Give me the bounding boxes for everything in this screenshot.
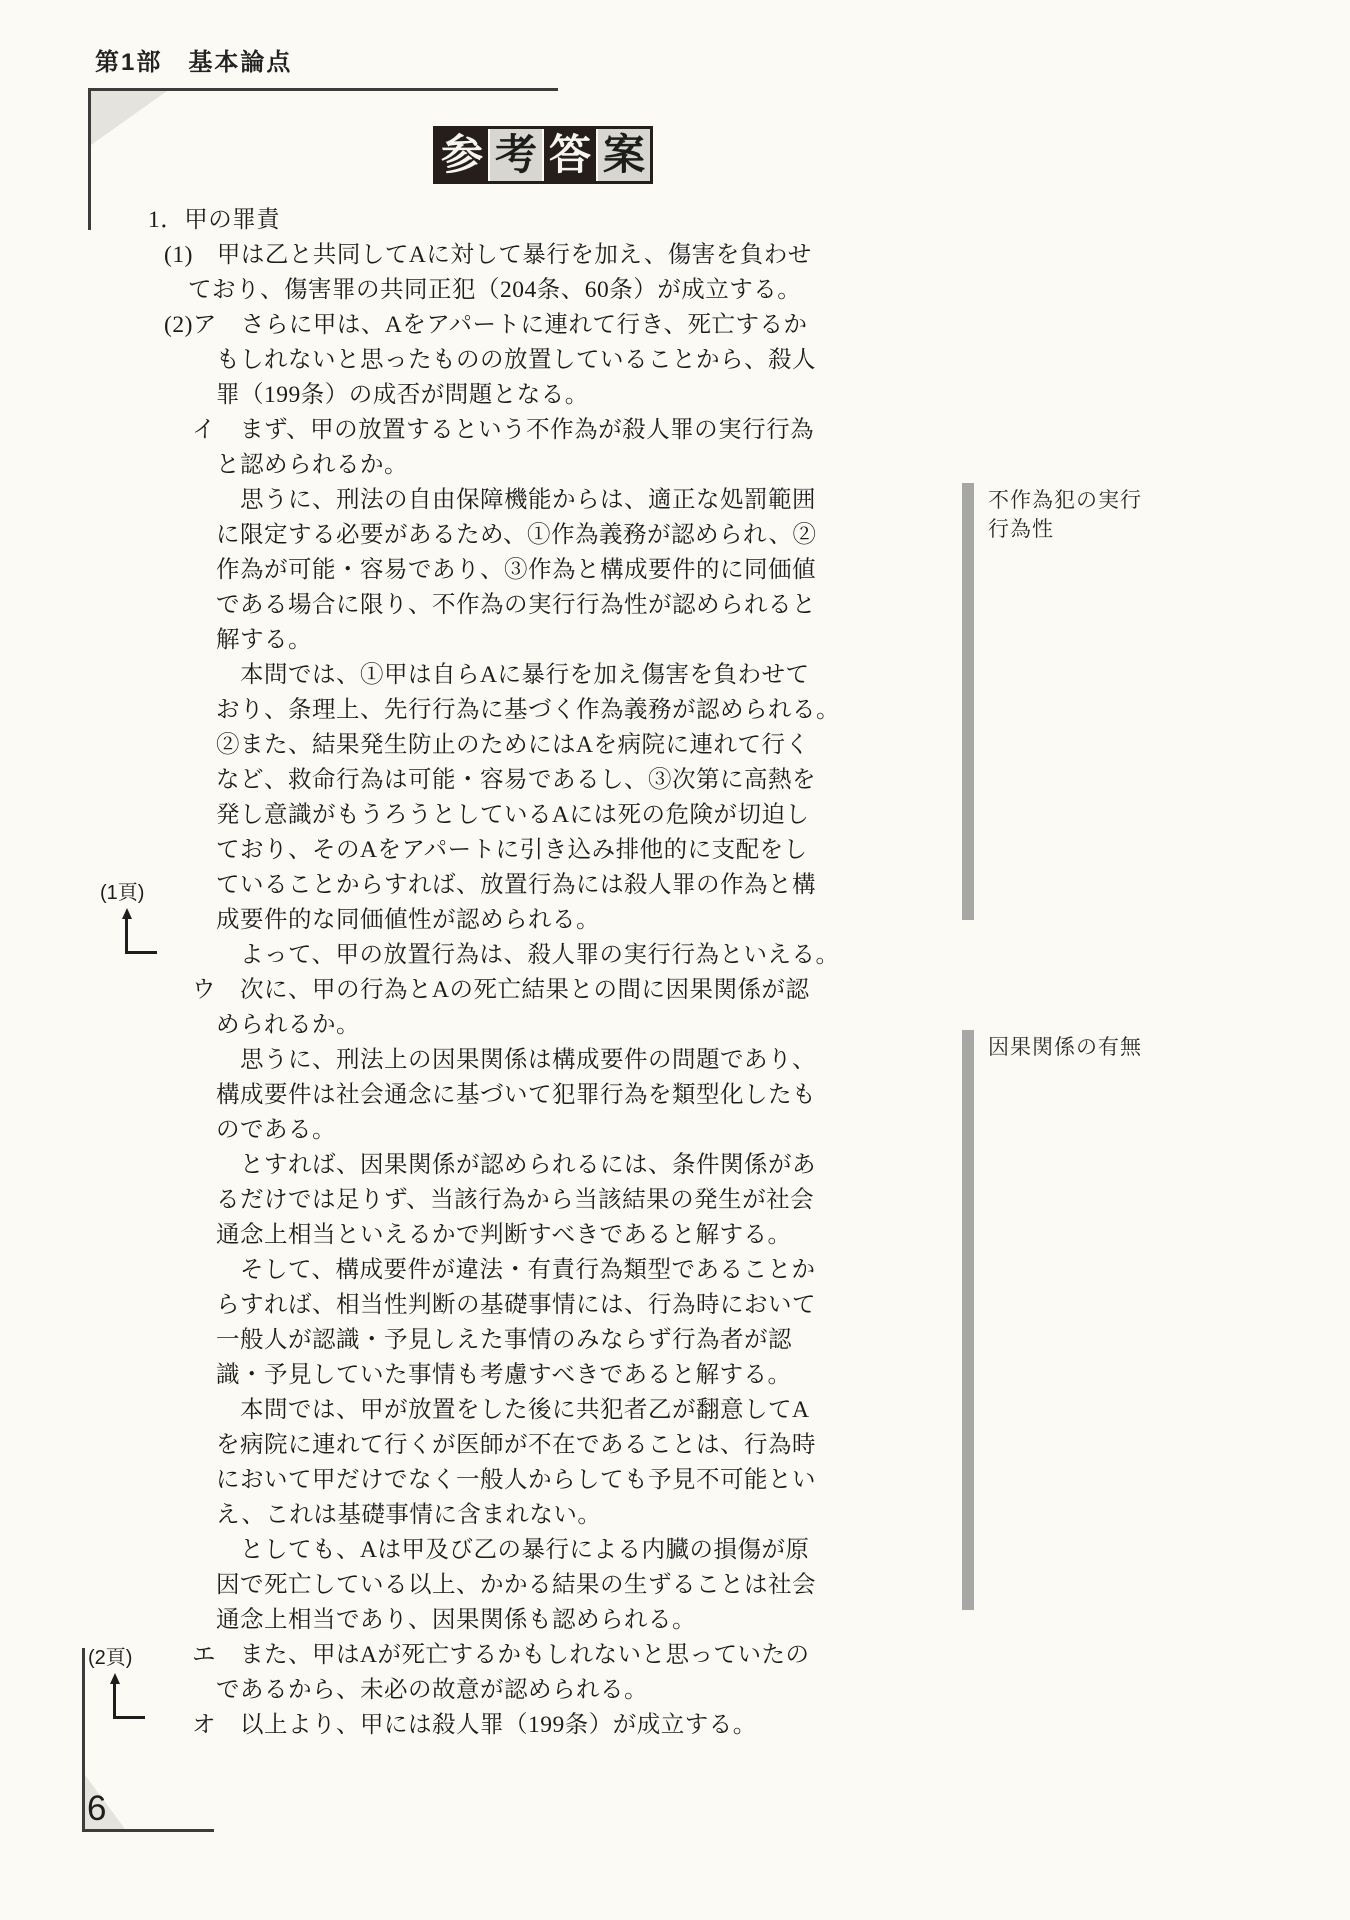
body-line: 思うに、刑法の自由保障機能からは、適正な処罰範囲 (216, 483, 850, 518)
body-line: 本問では、甲が放置をした後に共犯者乙が翻意してA (216, 1393, 850, 1428)
margin-note-line: 因果関係の有無 (988, 1033, 1142, 1062)
body-line: そして、構成要件が違法・有責行為類型であることか (216, 1253, 850, 1288)
page-ref-marker: (2頁) (88, 1641, 208, 1670)
body-line: (2)ア さらに甲は、Aをアパートに連れて行き、死亡するか (164, 308, 850, 343)
body-line: 成要件的な同価値性が認められる。 (216, 903, 850, 938)
footer-rule (82, 1829, 214, 1832)
margin-note-line: 行為性 (988, 515, 1142, 544)
body-line: に限定する必要があるため、①作為義務が認められ、② (216, 518, 850, 553)
title-char: 答 (544, 129, 596, 181)
page-ref-label: (1頁) (100, 876, 220, 905)
body-line: において甲だけでなく一般人からしても予見不可能とい (216, 1463, 850, 1498)
body-line: 因で死亡している以上、かかる結果の生ずることは社会 (216, 1568, 850, 1603)
page-ref-arrow (126, 908, 160, 956)
body-line: とすれば、因果関係が認められるには、条件関係があ (216, 1148, 850, 1183)
body-line: ており、そのAをアパートに引き込み排他的に支配をし (216, 833, 850, 868)
page-number: 6 (87, 1789, 106, 1829)
body-line: オ 以上より、甲には殺人罪（199条）が成立する。 (192, 1708, 850, 1743)
body-line: と認められるか。 (216, 448, 850, 483)
page-ref-label: (2頁) (88, 1641, 208, 1670)
body-line: 発し意識がもうろうとしているAには死の危険が切迫し (216, 798, 850, 833)
body-line: など、救命行為は可能・容易であるし、③次第に高熱を (216, 763, 850, 798)
body-line: 識・予見していた事情も考慮すべきであると解する。 (216, 1358, 850, 1393)
body-line: ②また、結果発生防止のためにはAを病院に連れて行く (216, 728, 850, 763)
corner-triangle-top (91, 91, 167, 145)
arrow-vertical (113, 1682, 116, 1719)
body-line: 罪（199条）の成否が問題となる。 (216, 378, 850, 413)
body-line: ウ 次に、甲の行為とAの死亡結果との間に因果関係が認 (192, 973, 850, 1008)
body-line: 解する。 (216, 623, 850, 658)
body-line: え、これは基礎事情に含まれない。 (216, 1498, 850, 1533)
page-ref-arrow (114, 1673, 148, 1721)
margin-note-line: 不作為犯の実行 (988, 486, 1142, 515)
body-line: ていることからすれば、放置行為には殺人罪の作為と構 (216, 868, 850, 903)
arrow-vertical (125, 917, 128, 954)
margin-note-label: 因果関係の有無 (988, 1033, 1142, 1062)
body-line: のである。 (216, 1113, 850, 1148)
body-line: らすれば、相当性判断の基礎事情には、行為時において (216, 1288, 850, 1323)
body-line: 作為が可能・容易であり、③作為と構成要件的に同価値 (216, 553, 850, 588)
body-line: 一般人が認識・予見しえた事情のみならず行為者が認 (216, 1323, 850, 1358)
body-line: おり、条理上、先行行為に基づく作為義務が認められる。 (216, 693, 850, 728)
chapter-header: 第1部 基本論点 (95, 42, 292, 77)
book-page: 第1部 基本論点 参考答案 1．甲の罪責(1) 甲は乙と共同してAに対して暴行を… (0, 0, 1350, 1920)
margin-note-bar (962, 1030, 974, 1610)
body-line: 構成要件は社会通念に基づいて犯罪行為を類型化したも (216, 1078, 850, 1113)
body-line: 通念上相当といえるかで判断すべきであると解する。 (216, 1218, 850, 1253)
body-line: められるか。 (216, 1008, 850, 1043)
body-line: エ また、甲はAが死亡するかもしれないと思っていたの (192, 1638, 850, 1673)
title-char: 参 (436, 129, 488, 181)
page-ref-marker: (1頁) (100, 876, 220, 905)
body-line: であるから、未必の故意が認められる。 (216, 1673, 850, 1708)
title-char: 考 (490, 129, 542, 181)
margin-note-bar (962, 483, 974, 920)
body-line: である場合に限り、不作為の実行行為性が認められると (216, 588, 850, 623)
body-line: もしれないと思ったものの放置していることから、殺人 (216, 343, 850, 378)
body-line: 1．甲の罪責 (148, 203, 850, 238)
body-line: 思うに、刑法上の因果関係は構成要件の問題であり、 (216, 1043, 850, 1078)
body-line: としても、Aは甲及び乙の暴行による内臓の損傷が原 (216, 1533, 850, 1568)
body-line: ており、傷害罪の共同正犯（204条、60条）が成立する。 (188, 273, 850, 308)
body-line: (1) 甲は乙と共同してAに対して暴行を加え、傷害を負わせ (164, 238, 850, 273)
body-line: イ まず、甲の放置するという不作為が殺人罪の実行行為 (192, 413, 850, 448)
arrow-horizontal (125, 951, 157, 954)
arrow-horizontal (113, 1716, 145, 1719)
body-line: 通念上相当であり、因果関係も認められる。 (216, 1603, 850, 1638)
body-line: を病院に連れて行くが医師が不在であることは、行為時 (216, 1428, 850, 1463)
section-title: 参考答案 (433, 126, 653, 184)
body-line: るだけでは足りず、当該行為から当該結果の発生が社会 (216, 1183, 850, 1218)
title-char: 案 (598, 129, 650, 181)
margin-note-label: 不作為犯の実行行為性 (988, 486, 1142, 544)
body-line: よって、甲の放置行為は、殺人罪の実行行為といえる。 (216, 938, 850, 973)
body-line: 本問では、①甲は自らAに暴行を加え傷害を負わせて (216, 658, 850, 693)
answer-body: 1．甲の罪責(1) 甲は乙と共同してAに対して暴行を加え、傷害を負わせており、傷… (130, 203, 850, 1743)
